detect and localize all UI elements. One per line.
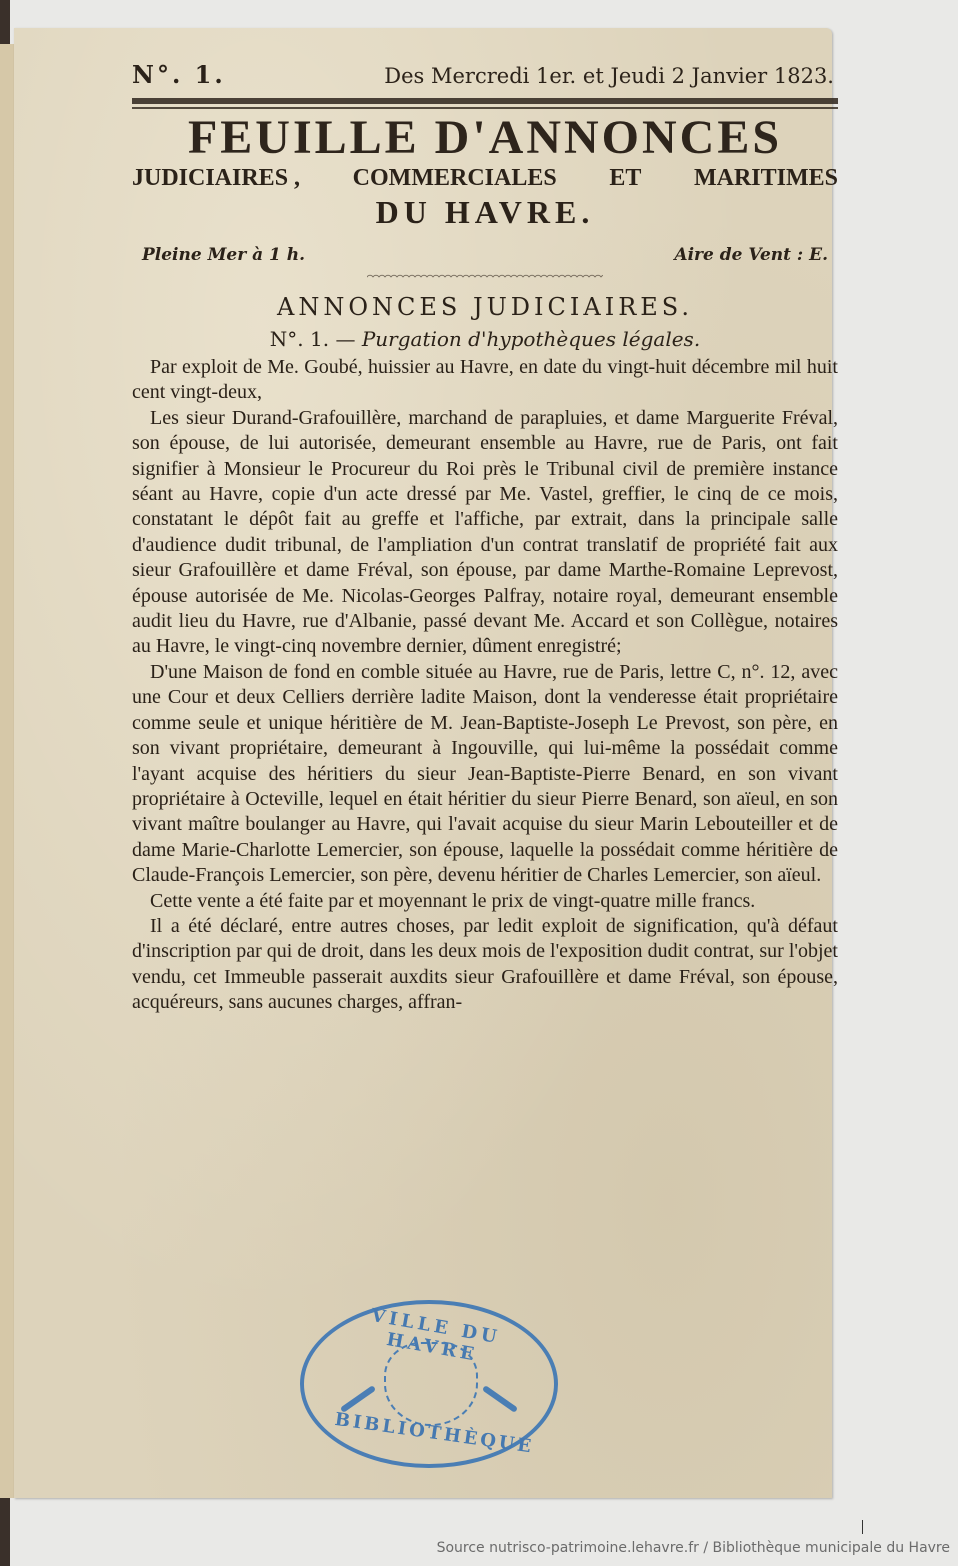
notice-number: N°. 1. — [270, 327, 356, 351]
pencil-mark [862, 1520, 863, 1534]
paragraph: Il a été déclaré, entre autres choses, p… [132, 914, 838, 1016]
wind-direction-info: Aire de Vent : E. [674, 245, 828, 265]
page-content: N°. 1. Des Mercredi 1er. et Jeudi 2 Janv… [132, 60, 838, 1016]
paragraph: Cette vente a été faite par et moyennant… [132, 889, 838, 914]
tide-wind-line: Pleine Mer à 1 h. Aire de Vent : E. [132, 245, 838, 265]
high-tide-info: Pleine Mer à 1 h. [142, 245, 305, 265]
paragraph: D'une Maison de fond en comble située au… [132, 660, 838, 889]
newspaper-page: N°. 1. Des Mercredi 1er. et Jeudi 2 Janv… [14, 28, 832, 1498]
issue-number: N°. 1. [132, 60, 226, 89]
paragraph: Par exploit de Me. Goubé, huissier au Ha… [132, 355, 838, 406]
paragraph: Les sieur Durand-Grafouillère, marchand … [132, 406, 838, 660]
masthead-rule-thin [132, 107, 838, 109]
newspaper-subtitle: JUDICIAIRES , COMMERCIALES ET MARITIMES [132, 163, 838, 193]
subtitle-word: JUDICIAIRES , [132, 163, 300, 193]
laurel-branch-icon [482, 1385, 518, 1413]
subtitle-word: COMMERCIALES [353, 163, 557, 193]
masthead-top-line: N°. 1. Des Mercredi 1er. et Jeudi 2 Janv… [132, 60, 838, 90]
article-body: Par exploit de Me. Goubé, huissier au Ha… [132, 355, 838, 1016]
issue-date: Des Mercredi 1er. et Jeudi 2 Janvier 182… [384, 64, 838, 88]
notice-heading: N°. 1. — Purgation d'hypothèques légales… [132, 325, 838, 353]
laurel-branch-icon [340, 1385, 376, 1413]
section-heading: ANNONCES JUDICIAIRES. [132, 291, 838, 323]
decorative-wavy-rule [367, 271, 603, 279]
newspaper-city: DU HAVRE. [132, 193, 838, 231]
source-credit: Source nutrisco-patrimoine.lehavre.fr / … [437, 1540, 950, 1556]
subtitle-word: MARITIMES [694, 163, 838, 193]
masthead-rule-thick [132, 98, 838, 104]
newspaper-title: FEUILLE D'ANNONCES [132, 113, 838, 163]
coat-of-arms-icon [384, 1342, 478, 1426]
library-stamp: VILLE DU HAVRE BIBLIOTHÈQUE [300, 1300, 558, 1468]
previous-page-edge [0, 44, 15, 1498]
notice-title: Purgation d'hypothèques légales. [362, 327, 700, 351]
subtitle-word: ET [609, 163, 641, 193]
